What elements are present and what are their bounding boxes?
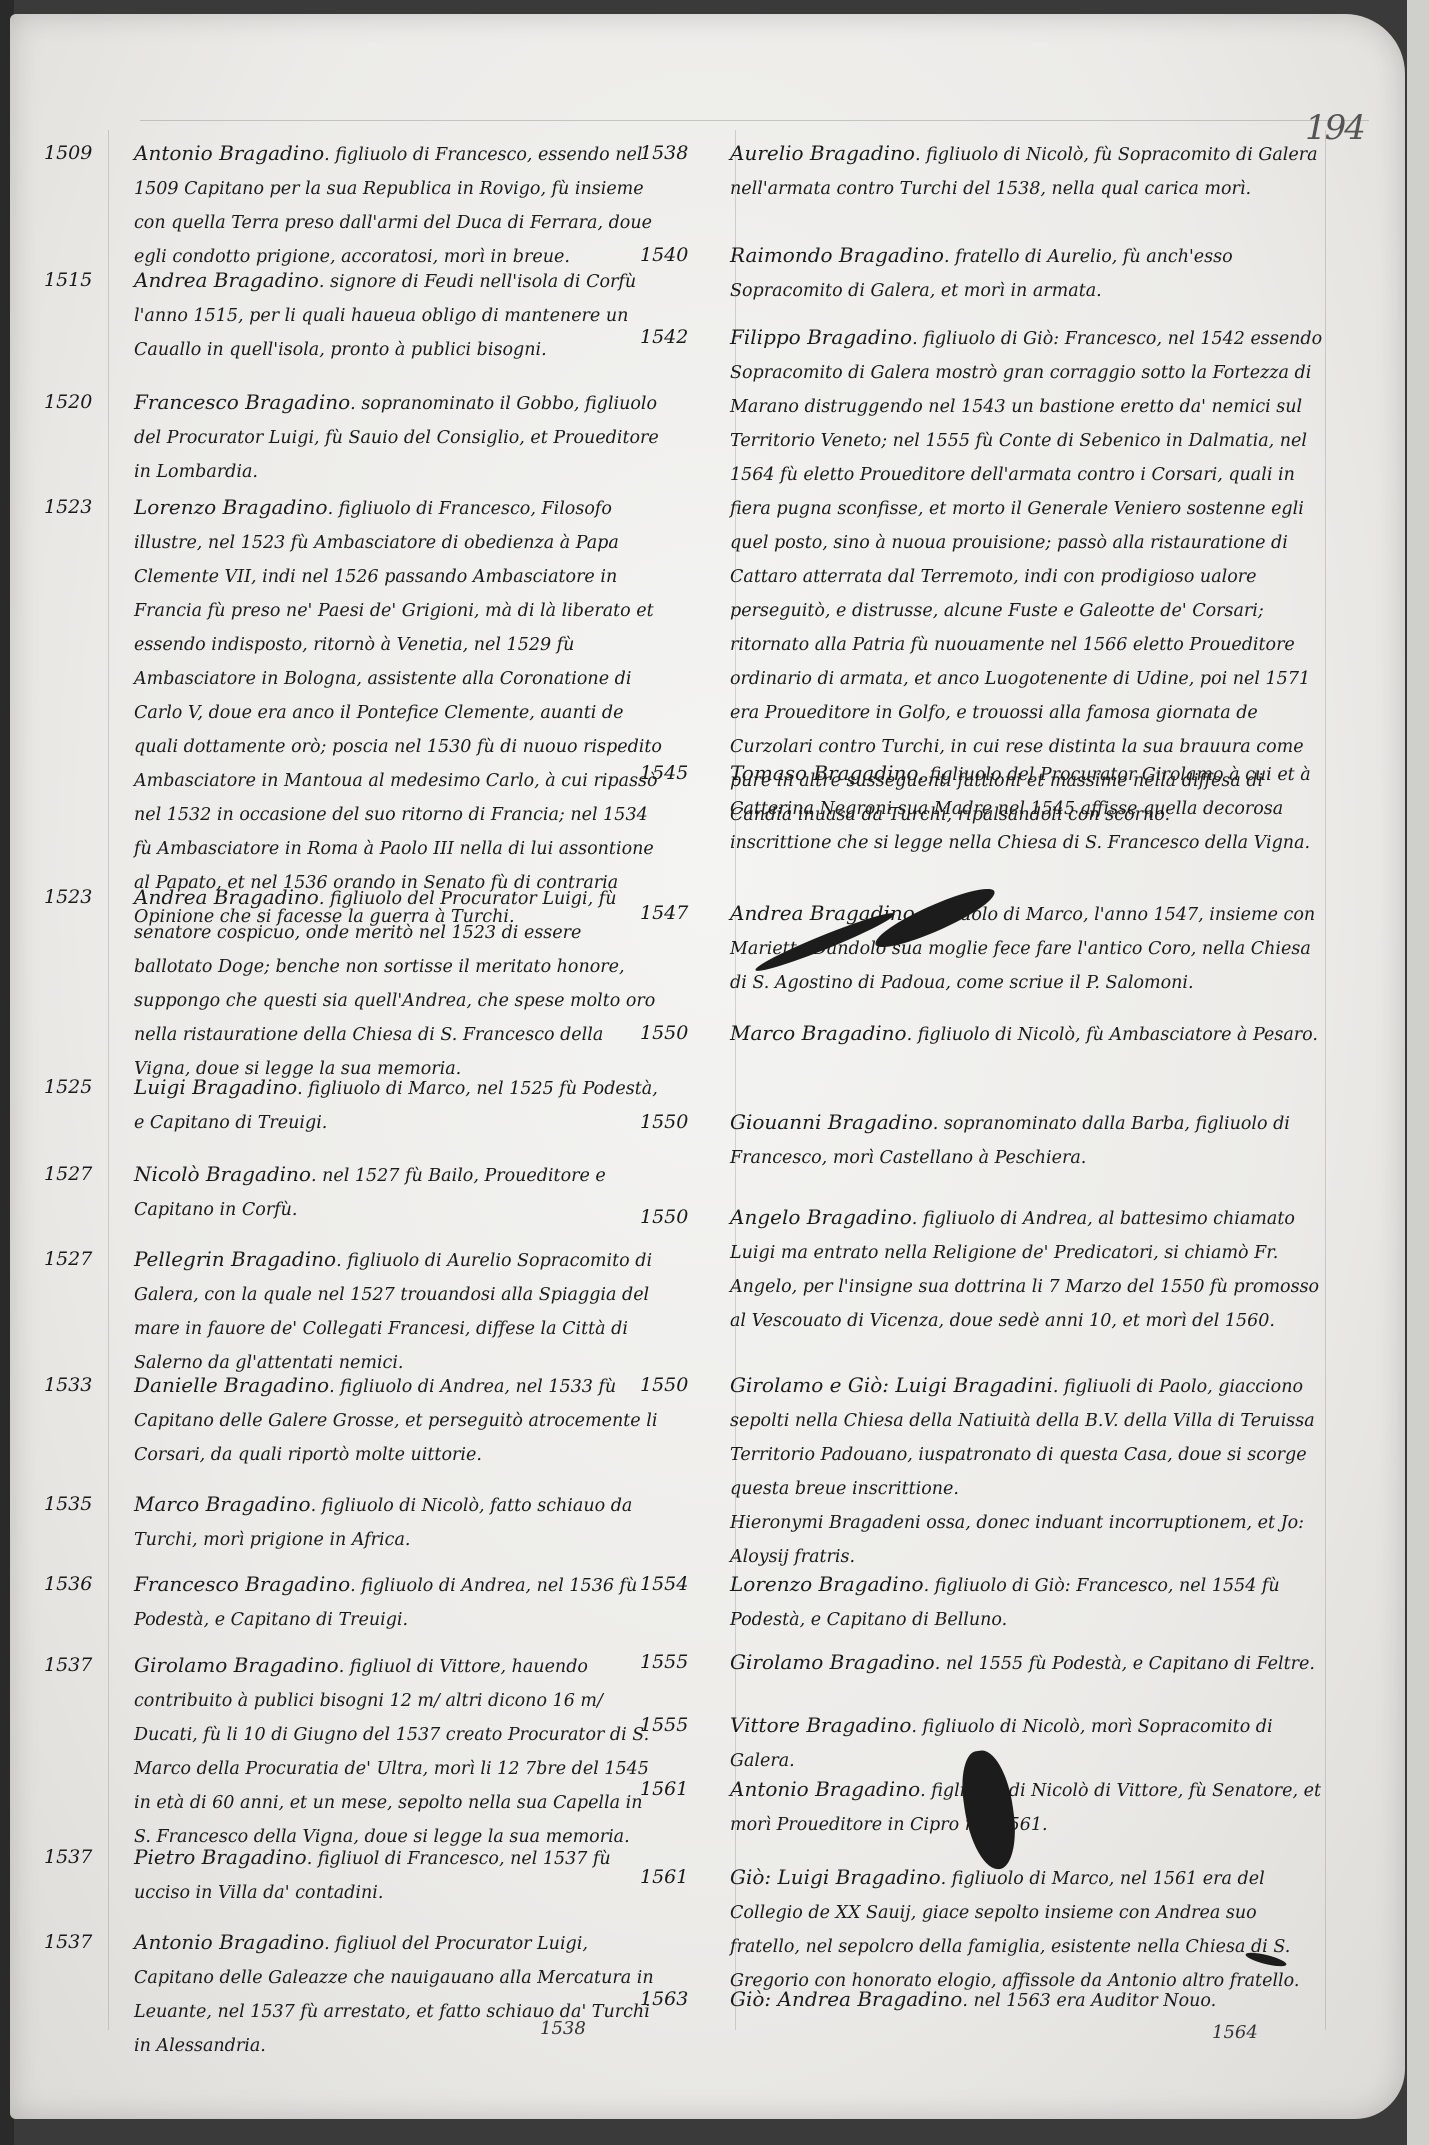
entry: 1550 Angelo Bragadino. figliuolo di Andr… bbox=[640, 1200, 1330, 1338]
entry-year: 1523 bbox=[44, 490, 134, 524]
entry-name: Aurelio Bragadino bbox=[730, 141, 915, 165]
entry: 1537 Girolamo Bragadino. figliuol di Vit… bbox=[44, 1648, 664, 1854]
entry: 1536 Francesco Bragadino. figliuolo di A… bbox=[44, 1567, 664, 1637]
entry: 1554 Lorenzo Bragadino. figliuolo di Giò… bbox=[640, 1567, 1330, 1637]
entry: 1555 Girolamo Bragadino. nel 1555 fù Pod… bbox=[640, 1645, 1330, 1681]
entry-year: 1542 bbox=[640, 320, 730, 354]
entry-name: Lorenzo Bragadino bbox=[730, 1572, 924, 1596]
entry: 1561 Giò: Luigi Bragadino. figliuolo di … bbox=[640, 1860, 1330, 1998]
entry-year: 1533 bbox=[44, 1368, 134, 1402]
entry-text: figliuol di Vittore, hauendo contribuito… bbox=[134, 1657, 649, 1847]
entry-name: Antonio Bragadino bbox=[134, 141, 324, 165]
right-column-catchword-year: 1564 bbox=[1212, 2022, 1258, 2043]
entry-year: 1527 bbox=[44, 1157, 134, 1191]
entry-year: 1538 bbox=[640, 136, 730, 170]
entry-name: Antonio Bragadino bbox=[134, 1930, 324, 1954]
entry-name: Girolamo Bragadino bbox=[730, 1650, 935, 1674]
entry-year: 1561 bbox=[640, 1860, 730, 1894]
entry: 1545 Tomaso Bragadino. figliuolo del Pro… bbox=[640, 756, 1330, 860]
entry-name: Danielle Bragadino bbox=[134, 1373, 329, 1397]
entry-name: Girolamo e Giò: Luigi Bragadini bbox=[730, 1373, 1053, 1397]
entry-year: 1536 bbox=[44, 1567, 134, 1601]
entry-name: Giouanni Bragadino bbox=[730, 1110, 933, 1134]
entry-year: 1537 bbox=[44, 1648, 134, 1682]
entry-year: 1563 bbox=[640, 1982, 730, 2016]
latin-inscription: Hieronymi Bragadeni ossa, donec induant … bbox=[730, 1513, 1304, 1567]
entry-year: 1547 bbox=[640, 896, 730, 930]
entry: 1527 Nicolò Bragadino. nel 1527 fù Bailo… bbox=[44, 1157, 664, 1227]
entry-year: 1523 bbox=[44, 880, 134, 914]
entry-text: figliuolo di Francesco, Filosofo illustr… bbox=[134, 499, 662, 927]
entry-name: Giò: Andrea Bragadino bbox=[730, 1987, 962, 2011]
entry-year: 1550 bbox=[640, 1016, 730, 1050]
entry: 1523 Andrea Bragadino. figliuolo del Pro… bbox=[44, 880, 664, 1086]
entry: 1533 Danielle Bragadino. figliuolo di An… bbox=[44, 1368, 664, 1472]
top-ruling-line bbox=[140, 120, 1369, 121]
entry-year: 1509 bbox=[44, 136, 134, 170]
entry: 1563 Giò: Andrea Bragadino. nel 1563 era… bbox=[640, 1982, 1330, 2018]
scan-right-strip bbox=[1407, 0, 1429, 2145]
entry-name: Andrea Bragadino bbox=[134, 268, 319, 292]
entry-year: 1550 bbox=[640, 1105, 730, 1139]
entry-year: 1550 bbox=[640, 1200, 730, 1234]
entry-year: 1550 bbox=[640, 1368, 730, 1402]
entry-year: 1537 bbox=[44, 1925, 134, 1959]
entry: 1550 Girolamo e Giò: Luigi Bragadini. fi… bbox=[640, 1368, 1330, 1574]
entry-year: 1540 bbox=[640, 238, 730, 272]
entry-year: 1527 bbox=[44, 1242, 134, 1276]
entry: 1540 Raimondo Bragadino. fratello di Aur… bbox=[640, 238, 1330, 308]
entry: 1527 Pellegrin Bragadino. figliuolo di A… bbox=[44, 1242, 664, 1380]
entry-year: 1525 bbox=[44, 1070, 134, 1104]
entry-year: 1555 bbox=[640, 1708, 730, 1742]
entry-name: Luigi Bragadino bbox=[134, 1075, 297, 1099]
entry: 1550 Marco Bragadino. figliuolo di Nicol… bbox=[640, 1016, 1330, 1052]
entry-name: Raimondo Bragadino bbox=[730, 243, 944, 267]
entry-name: Filippo Bragadino bbox=[730, 325, 912, 349]
entry-name: Lorenzo Bragadino bbox=[134, 495, 328, 519]
entry-year: 1555 bbox=[640, 1645, 730, 1679]
entry: 1523 Lorenzo Bragadino. figliuolo di Fra… bbox=[44, 490, 664, 934]
entry-name: Angelo Bragadino bbox=[730, 1205, 912, 1229]
entry-year: 1554 bbox=[640, 1567, 730, 1601]
entry-name: Marco Bragadino bbox=[730, 1021, 907, 1045]
entry-name: Pellegrin Bragadino bbox=[134, 1247, 336, 1271]
entry: 1535 Marco Bragadino. figliuolo di Nicol… bbox=[44, 1487, 664, 1557]
entry-year: 1537 bbox=[44, 1840, 134, 1874]
entry-year: 1535 bbox=[44, 1487, 134, 1521]
entry-name: Girolamo Bragadino bbox=[134, 1653, 339, 1677]
entry: 1537 Pietro Bragadino. figliuol di Franc… bbox=[44, 1840, 664, 1910]
left-column-catchword-year: 1538 bbox=[540, 2018, 586, 2039]
entry-name: Vittore Bragadino bbox=[730, 1713, 911, 1737]
entry-text: nel 1555 fù Podestà, e Capitano di Feltr… bbox=[946, 1654, 1315, 1674]
entry-name: Francesco Bragadino bbox=[134, 1572, 350, 1596]
entry-name: Andrea Bragadino bbox=[134, 885, 319, 909]
entry-name: Antonio Bragadino bbox=[730, 1777, 920, 1801]
entry-name: Pietro Bragadino bbox=[134, 1845, 307, 1869]
entry: 1525 Luigi Bragadino. figliuolo di Marco… bbox=[44, 1070, 664, 1140]
entry-year: 1545 bbox=[640, 756, 730, 790]
entry: 1538 Aurelio Bragadino. figliuolo di Nic… bbox=[640, 136, 1330, 206]
entry-text: figliuolo di Nicolò, fù Ambasciatore à P… bbox=[918, 1025, 1318, 1045]
entry: 1537 Antonio Bragadino. figliuol del Pro… bbox=[44, 1925, 664, 2063]
entry-name: Nicolò Bragadino bbox=[134, 1162, 311, 1186]
entry: 1547 Andrea Bragadino. figliuolo di Marc… bbox=[640, 896, 1330, 1000]
entry-year: 1515 bbox=[44, 263, 134, 297]
entry: 1509 Antonio Bragadino. figliuolo di Fra… bbox=[44, 136, 664, 274]
entry-name: Francesco Bragadino bbox=[134, 390, 350, 414]
entry: 1550 Giouanni Bragadino. sopranominato d… bbox=[640, 1105, 1330, 1175]
entry-text: figliuolo di Giò: Francesco, nel 1542 es… bbox=[730, 329, 1322, 825]
entry-name: Giò: Luigi Bragadino bbox=[730, 1865, 941, 1889]
entry: 1515 Andrea Bragadino. signore di Feudi … bbox=[44, 263, 664, 367]
entry-text: nel 1563 era Auditor Nouo. bbox=[973, 1991, 1216, 2011]
entry-year: 1561 bbox=[640, 1772, 730, 1806]
entry-text: figliuolo del Procurator Luigi, fù senat… bbox=[134, 889, 655, 1079]
entry: 1520 Francesco Bragadino. sopranominato … bbox=[44, 385, 664, 489]
entry-name: Marco Bragadino bbox=[134, 1492, 311, 1516]
entry-year: 1520 bbox=[44, 385, 134, 419]
entry-name: Tomaso Bragadino bbox=[730, 761, 918, 785]
